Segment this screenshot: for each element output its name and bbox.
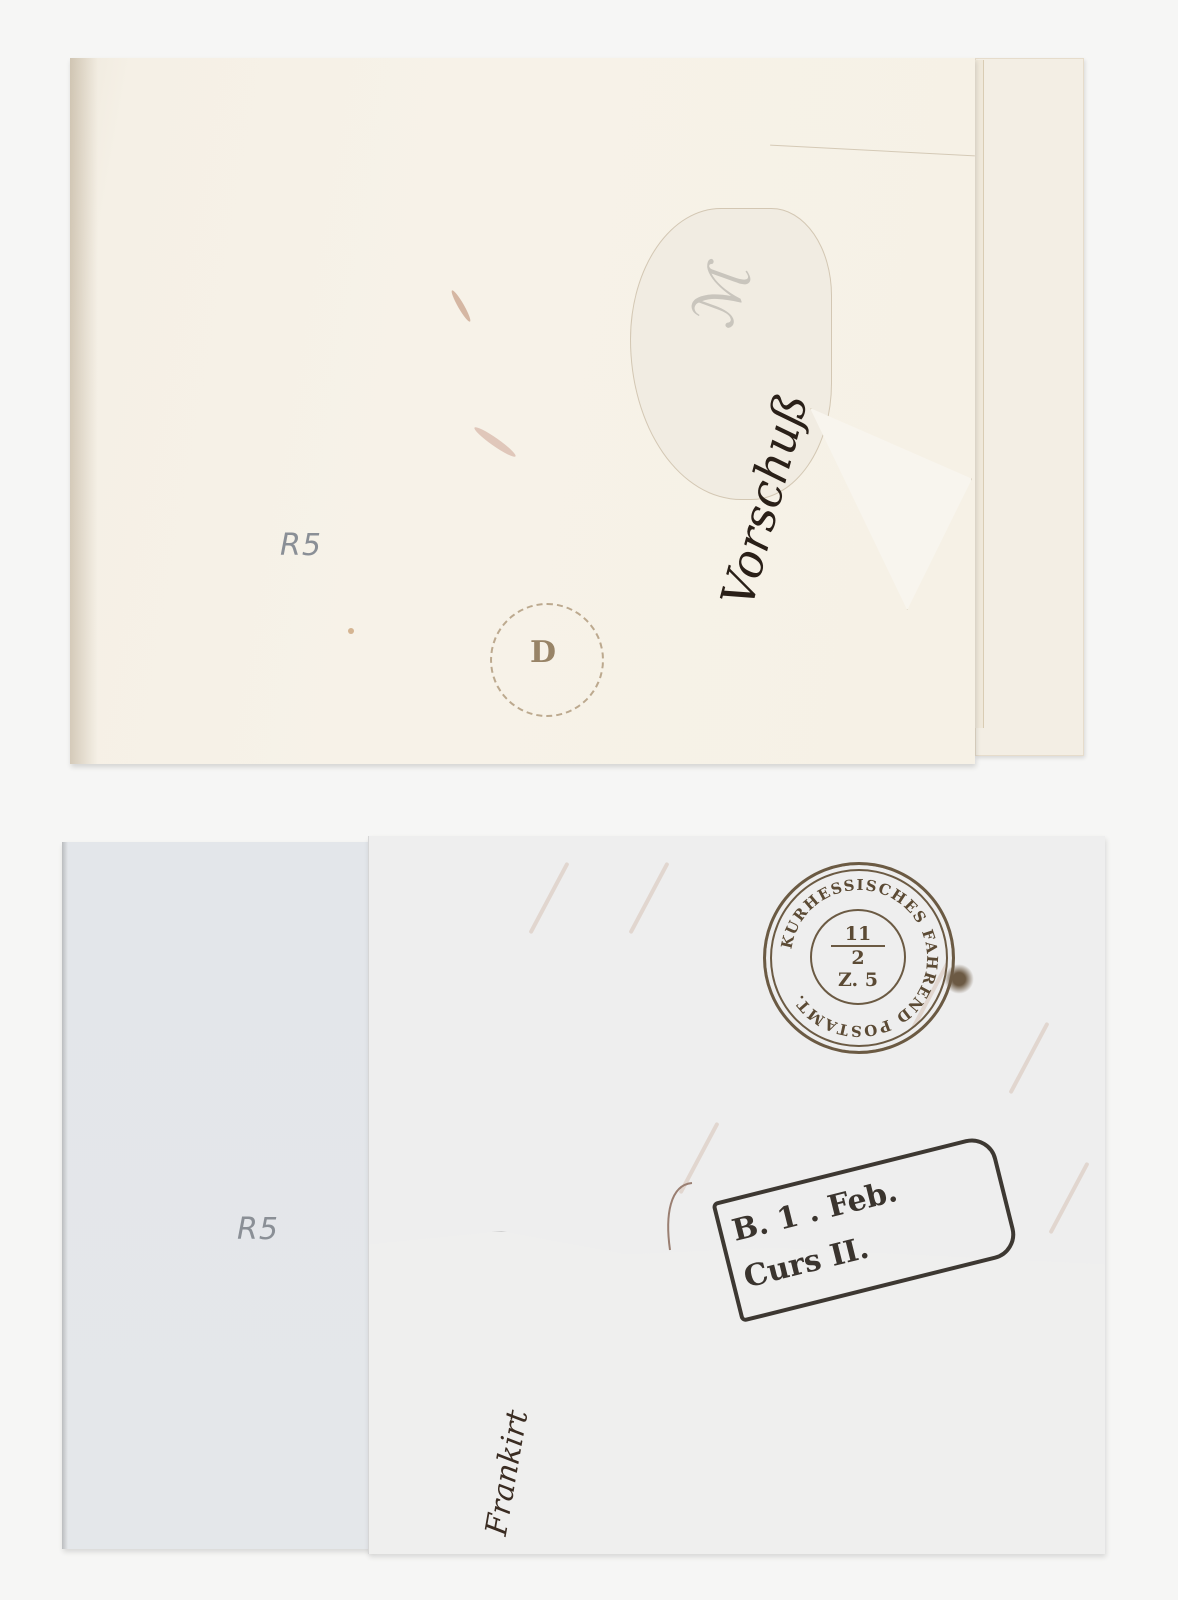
ink-bleed-through [628,862,669,935]
ink-stain [472,424,518,459]
ink-stain [449,289,472,323]
handwritten-note: Frankirt [479,1407,535,1538]
fold-crease [770,145,975,157]
postmark-date-block: 11 2 Z. 5 [810,909,906,1005]
top-letter: ℳ R5 Vorschuß D [70,58,975,764]
ink-bleed-through [1048,1162,1089,1235]
postmark-day: 11 [831,923,885,947]
ink-bleed-through [528,862,569,935]
postmark-letter: D [530,635,556,670]
postmark-month: 2 [851,947,864,969]
faint-postmark: D [490,603,604,717]
spot [348,628,354,634]
ink-blot [944,964,974,994]
top-letter-back-sheet [975,58,1084,756]
bottom-letter-blue-panel: R5 [62,842,374,1549]
pencil-mark-r5: R5 [280,528,322,563]
ink-bleed-through [1008,1022,1049,1095]
round-postmark: KURHESSISCHES FAHREND POSTAMT. 11 2 Z. 5 [763,862,955,1054]
folded-flap-corner [810,408,972,610]
pencil-mark-r5: R5 [237,1212,279,1247]
postmark-train: Z. 5 [838,969,878,991]
ink-hook-mark [660,1175,700,1255]
